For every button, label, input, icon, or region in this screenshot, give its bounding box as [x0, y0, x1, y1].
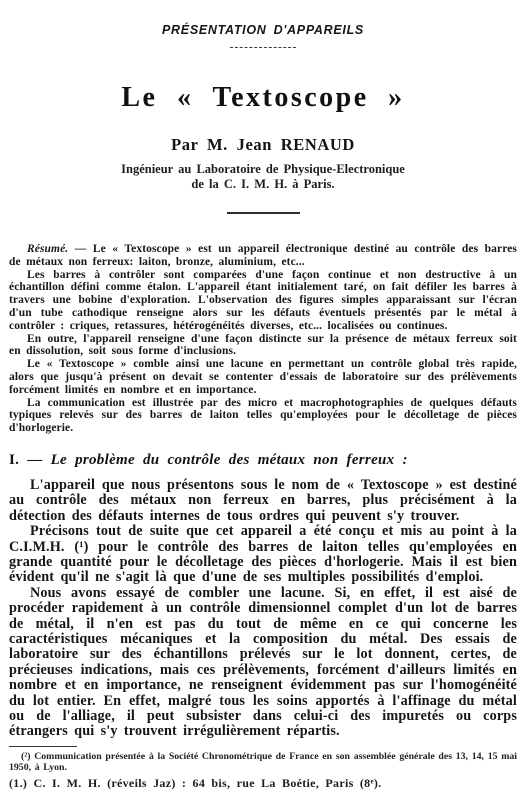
body-paragraph: Nous avons essayé de combler une lacune.… — [9, 586, 517, 740]
section-number: I. — — [9, 452, 51, 468]
abstract-paragraph: Les barres à contrôler sont comparées d'… — [9, 269, 517, 333]
abstract-paragraph: La communication est illustrée par des m… — [9, 397, 517, 435]
footnote-text: (²) Communication présentée à la Société… — [9, 751, 517, 773]
footnote-cimh-address: (1.) C. I. M. H. (réveils Jaz) : 64 bis,… — [9, 776, 517, 791]
journal-page: PRÉSENTATION D'APPAREILS Le « Textoscope… — [0, 0, 529, 811]
section-title: Le problème du contrôle des métaux non f… — [51, 452, 408, 468]
footnote-communication: (²) Communication présentée à la Société… — [9, 751, 517, 773]
article-title: Le « Textoscope » — [9, 82, 517, 114]
affiliation-line-1: Ingénieur au Laboratoire de Physique-Ele… — [9, 162, 517, 177]
abstract-block: Résumé. — Le « Textoscope » est un appar… — [9, 243, 517, 435]
kicker-underline-rule — [230, 47, 296, 48]
author-byline: Par M. Jean RENAUD — [9, 135, 517, 155]
affiliation-line-2: de la C. I. M. H. à Paris. — [9, 177, 517, 192]
section-heading: I. — Le problème du contrôle des métaux … — [9, 452, 517, 469]
abstract-lead-label: Résumé. — — [27, 243, 93, 255]
abstract-paragraph: Résumé. — Le « Textoscope » est un appar… — [9, 243, 517, 269]
article-category-heading: PRÉSENTATION D'APPAREILS — [9, 23, 517, 37]
article-body: L'appareil que nous présentons sous le n… — [9, 478, 517, 740]
body-paragraph: L'appareil que nous présentons sous le n… — [9, 478, 517, 524]
abstract-paragraph: En outre, l'appareil renseigne d'une faç… — [9, 333, 517, 359]
title-separator-rule — [227, 212, 300, 214]
footnote-separator-rule — [9, 746, 77, 747]
author-affiliation: Ingénieur au Laboratoire de Physique-Ele… — [9, 162, 517, 191]
body-paragraph: Précisons tout de suite que cet appareil… — [9, 524, 517, 586]
abstract-paragraph: Le « Textoscope » comble ainsi une lacun… — [9, 358, 517, 396]
